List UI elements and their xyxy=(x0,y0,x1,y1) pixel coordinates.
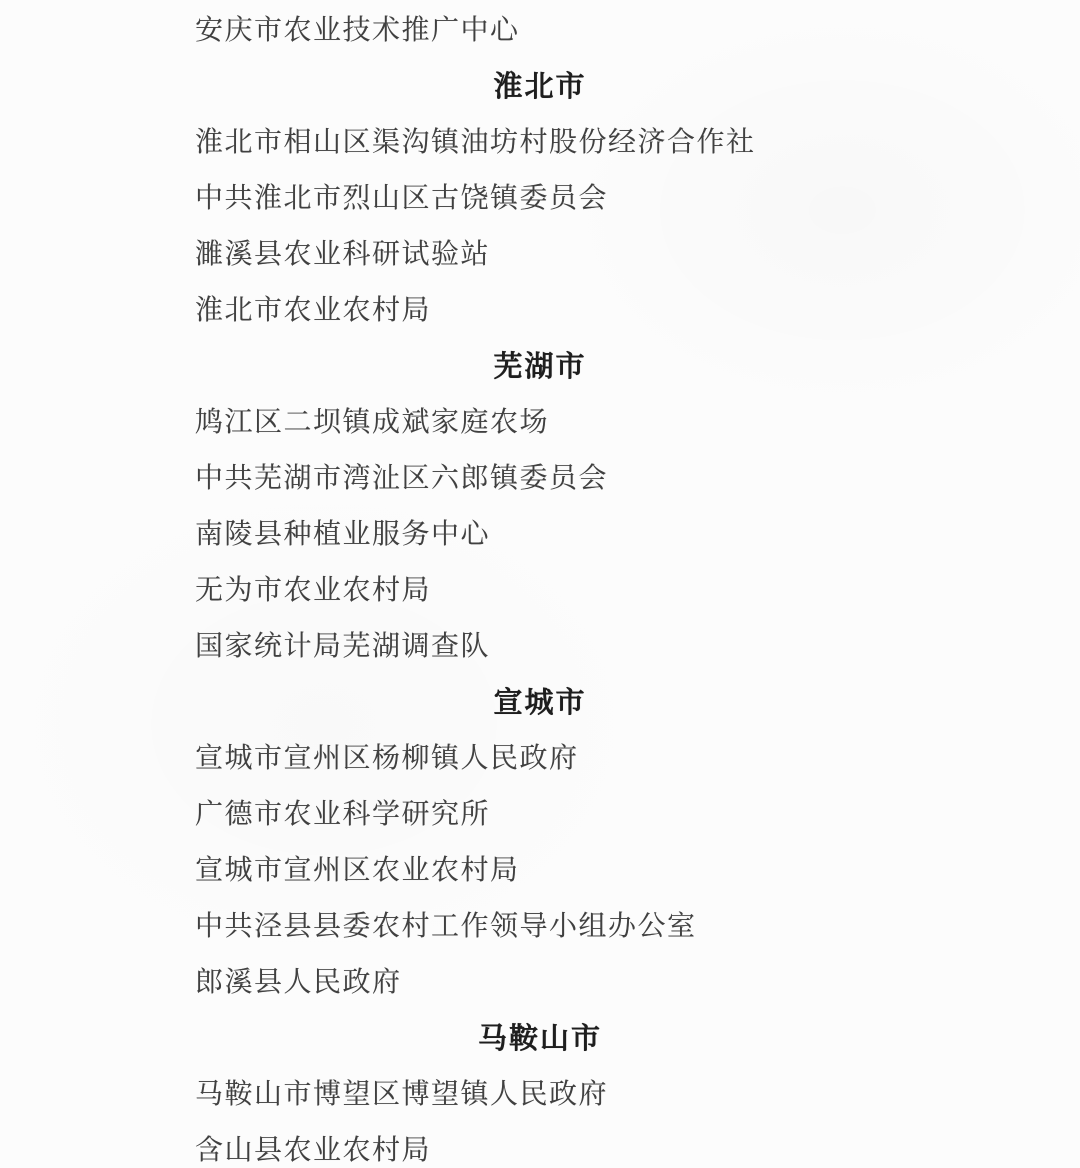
org-name: 广德市农业科学研究所 xyxy=(0,784,1080,840)
org-name: 安庆市农业技术推广中心 xyxy=(0,0,1080,56)
org-name: 无为市农业农村局 xyxy=(0,560,1080,616)
document-page: 安庆市农业技术推广中心淮北市淮北市相山区渠沟镇油坊村股份经济合作社中共淮北市烈山… xyxy=(0,0,1080,1168)
org-name: 南陵县种植业服务中心 xyxy=(0,504,1080,560)
org-name: 濉溪县农业科研试验站 xyxy=(0,224,1080,280)
org-name: 中共芜湖市湾沚区六郎镇委员会 xyxy=(0,448,1080,504)
city-heading: 马鞍山市 xyxy=(0,1008,1080,1064)
org-name: 郎溪县人民政府 xyxy=(0,952,1080,1008)
org-name: 鸠江区二坝镇成斌家庭农场 xyxy=(0,392,1080,448)
city-heading: 芜湖市 xyxy=(0,336,1080,392)
org-name: 马鞍山市博望区博望镇人民政府 xyxy=(0,1064,1080,1120)
org-name: 含山县农业农村局 xyxy=(0,1120,1080,1168)
org-name: 淮北市相山区渠沟镇油坊村股份经济合作社 xyxy=(0,112,1080,168)
city-heading: 宣城市 xyxy=(0,672,1080,728)
org-name: 国家统计局芜湖调查队 xyxy=(0,616,1080,672)
org-name: 中共泾县县委农村工作领导小组办公室 xyxy=(0,896,1080,952)
org-name: 中共淮北市烈山区古饶镇委员会 xyxy=(0,168,1080,224)
org-name: 宣城市宣州区农业农村局 xyxy=(0,840,1080,896)
org-name: 淮北市农业农村局 xyxy=(0,280,1080,336)
organization-list: 安庆市农业技术推广中心淮北市淮北市相山区渠沟镇油坊村股份经济合作社中共淮北市烈山… xyxy=(0,0,1080,1168)
org-name: 宣城市宣州区杨柳镇人民政府 xyxy=(0,728,1080,784)
city-heading: 淮北市 xyxy=(0,56,1080,112)
